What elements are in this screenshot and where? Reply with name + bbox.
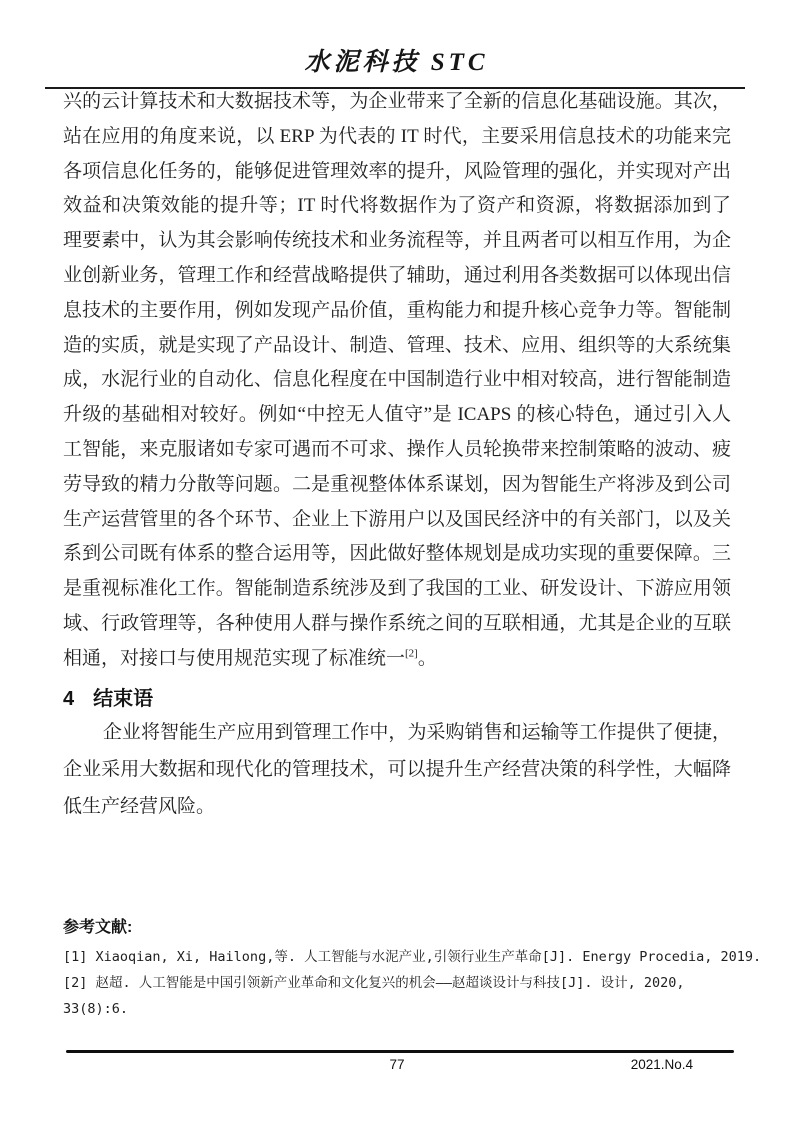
reference-item: 33(8):6.: [63, 996, 778, 1022]
body-line: 造的实质，就是实现了产品设计、制造、管理、技术、应用、组织等的大系统集: [63, 329, 731, 364]
body-line: 相通，对接口与使用规范实现了标准统一[2]。: [63, 642, 731, 677]
body-line: 站在应用的角度来说，以 ERP 为代表的 IT 时代，主要采用信息技术的功能来完…: [63, 120, 731, 155]
body-line: 效益和决策效能的提升等；IT 时代将数据作为了资产和资源，将数据添加到了管: [63, 189, 731, 224]
body-line: 息技术的主要作用，例如发现产品价值，重构能力和提升核心竞争力等。智能制: [63, 294, 731, 329]
body-line: 是重视标准化工作。智能制造系统涉及到了我国的工业、研发设计、下游应用领: [63, 572, 731, 607]
body-line: 劳导致的精力分散等问题。二是重视整体体系谋划，因为智能生产将涉及到公司: [63, 468, 731, 503]
section-heading: 4结束语: [63, 686, 153, 712]
reference-item: [1] Xiaoqian, Xi, Hailong,等. 人工智能与水泥产业,引…: [63, 944, 778, 970]
body-line: 生产运营管里的各个环节、企业上下游用户以及国民经济中的有关部门，以及关: [63, 503, 731, 538]
conclusion-line: 企业将智能生产应用到管理工作中，为采购销售和运输等工作提供了便捷，: [63, 714, 731, 751]
citation-superscript: [2]: [405, 647, 418, 659]
section-title: 结束语: [93, 688, 153, 710]
references-heading: 参考文献:: [63, 917, 778, 939]
conclusion-line: 企业采用大数据和现代化的管理技术，可以提升生产经营决策的科学性，大幅降: [63, 751, 731, 788]
body-line: 升级的基础相对较好。例如“中控无人值守”是 ICAPS 的核心特色，通过引入人: [63, 398, 731, 433]
section-number: 4: [63, 688, 74, 710]
body-line: 成，水泥行业的自动化、信息化程度在中国制造行业中相对较高，进行智能制造: [63, 363, 731, 398]
document-page: 水泥科技 STC 兴的云计算技术和大数据技术等，为企业带来了全新的信息化基础设施…: [0, 0, 793, 1122]
body-line: 域、行政管理等，各种使用人群与操作系统之间的互联相通，尤其是企业的互联: [63, 607, 731, 642]
body-line: 理要素中，认为其会影响传统技术和业务流程等，并且两者可以相互作用，为企: [63, 224, 731, 259]
journal-title: 水泥科技 STC: [0, 42, 793, 78]
conclusion-line: 低生产经营风险。: [63, 788, 731, 825]
conclusion-paragraph: 企业将智能生产应用到管理工作中，为采购销售和运输等工作提供了便捷， 企业采用大数…: [63, 714, 731, 825]
body-line: 兴的云计算技术和大数据技术等，为企业带来了全新的信息化基础设施。其次，: [63, 85, 731, 120]
body-line: 系到公司既有体系的整合运用等，因此做好整体规划是成功实现的重要保障。三: [63, 537, 731, 572]
body-line: 业创新业务，管理工作和经营战略提供了辅助，通过利用各类数据可以体现出信: [63, 259, 731, 294]
issue-label: 2021.No.4: [63, 1057, 693, 1072]
reference-item: [2] 赵超. 人工智能是中国引领新产业革命和文化复兴的机会——赵超谈设计与科技…: [63, 970, 778, 996]
body-line: 工智能，来克服诸如专家可遇而不可求、操作人员轮换带来控制策略的波动、疲: [63, 433, 731, 468]
body-line-text: 。: [418, 648, 437, 669]
body-line: 各项信息化任务的，能够促进管理效率的提升，风险管理的强化，并实现对产出: [63, 155, 731, 190]
body-line-text: 相通，对接口与使用规范实现了标准统一: [63, 648, 405, 669]
references-section: 参考文献: [1] Xiaoqian, Xi, Hailong,等. 人工智能与…: [63, 917, 778, 1022]
footer-rule: [66, 1050, 734, 1053]
body-paragraph: 兴的云计算技术和大数据技术等，为企业带来了全新的信息化基础设施。其次， 站在应用…: [63, 85, 731, 677]
